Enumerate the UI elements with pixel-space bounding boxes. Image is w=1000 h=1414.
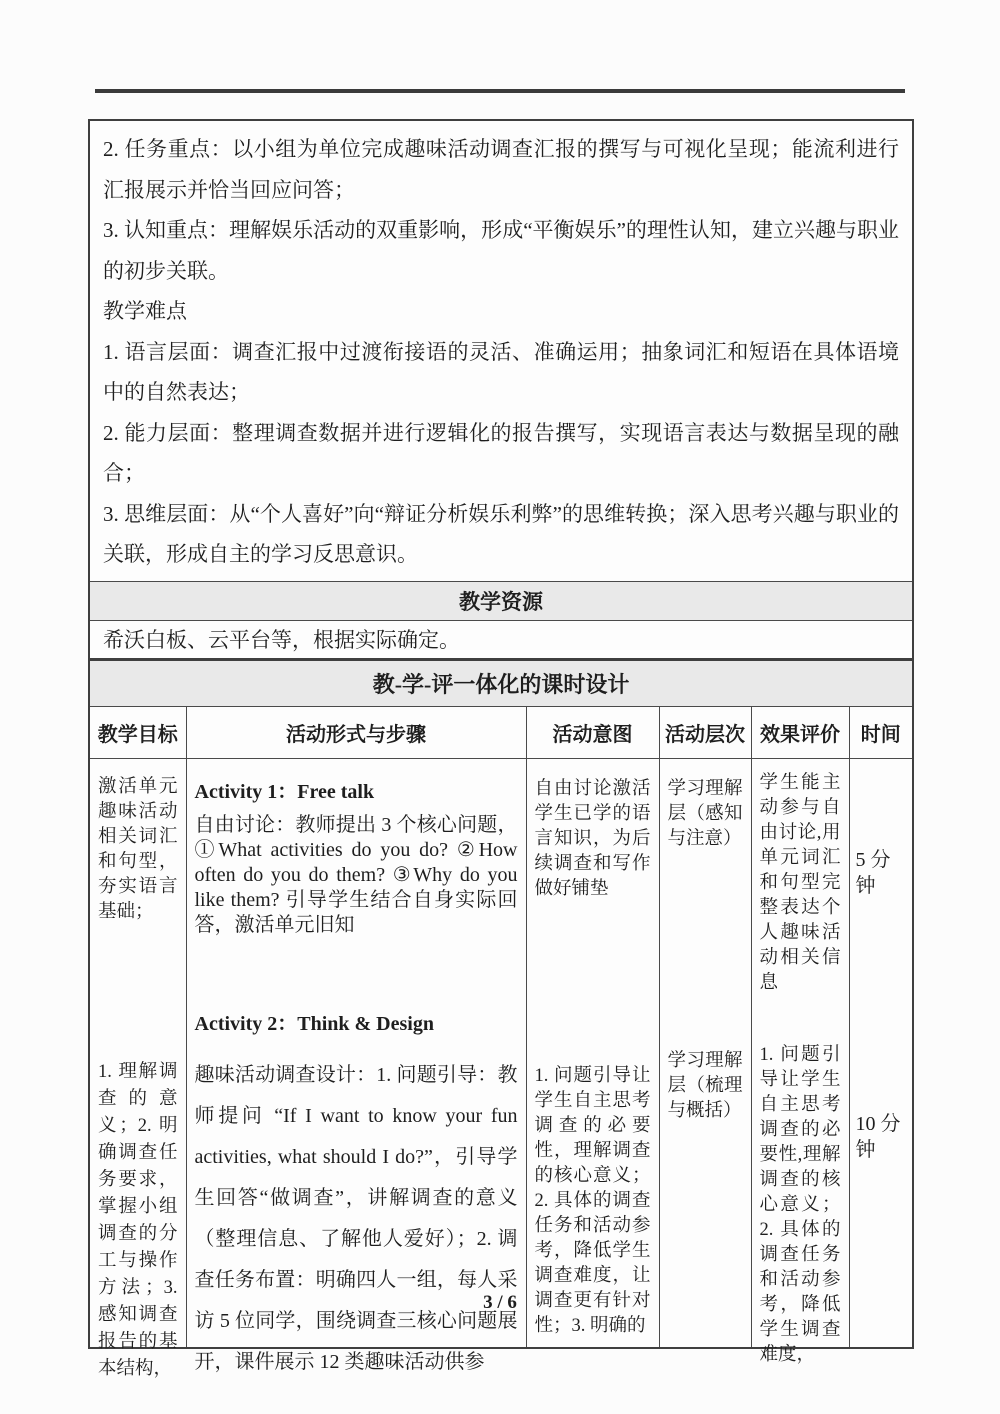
task-point-paragraph: 2. 任务重点：以小组为单位完成趣味活动调查汇报的撰写与可视化呈现；能流利进行汇…: [103, 129, 899, 210]
activity1-time: 5 分钟: [856, 847, 909, 899]
column-header-steps: 活动形式与步骤: [186, 706, 526, 758]
activity2-steps: 趣味活动调查设计：1. 问题引导：教师提问 “If I want to know…: [195, 1055, 518, 1383]
thinking-level-paragraph: 3. 思维层面：从“个人喜好”向“辩证分析娱乐利弊”的思维转换；深入思考兴趣与职…: [103, 494, 899, 575]
activity1-goal: 激活单元趣味活动相关词汇和句型，夯实语言基础；: [98, 775, 178, 925]
time-cell: 5 分钟 10 分钟: [849, 758, 913, 1348]
activity1-intent: 自由讨论激活学生已学的语言知识，为后续调查和写作做好铺垫: [535, 777, 651, 902]
activities-row: 激活单元趣味活动相关词汇和句型，夯实语言基础； 1. 理解调查的意义；2. 明确…: [89, 758, 913, 1348]
activity2-time: 10 分钟: [856, 1111, 909, 1163]
teaching-points-cell: 2. 任务重点：以小组为单位完成趣味活动调查汇报的撰写与可视化呈现；能流利进行汇…: [89, 120, 913, 581]
document-page: 2. 任务重点：以小组为单位完成趣味活动调查汇报的撰写与可视化呈现；能流利进行汇…: [0, 0, 1000, 1414]
intent-cell: 自由讨论激活学生已学的语言知识，为后续调查和写作做好铺垫 1. 问题引导让学生自…: [526, 758, 659, 1348]
steps-cell: Activity 1：Free talk 自由讨论：教师提出 3 个核心问题，①…: [186, 758, 526, 1348]
resources-header-row: 教学资源: [89, 581, 913, 620]
page-number: 3 / 6: [88, 1292, 912, 1314]
cognition-point-paragraph: 3. 认知重点：理解娱乐活动的双重影响，形成“平衡娱乐”的理性认知，建立兴趣与职…: [103, 210, 899, 291]
design-header-row: 教-学-评一体化的课时设计: [89, 659, 913, 706]
activity1-title: Activity 1：Free talk: [195, 775, 518, 804]
activity2-level: 学习理解层（梳理与概括）: [668, 1049, 743, 1124]
resources-header: 教学资源: [89, 581, 913, 620]
column-header-evaluation: 效果评价: [751, 706, 849, 758]
column-header-level: 活动层次: [659, 706, 751, 758]
goal-cell: 激活单元趣味活动相关词汇和句型，夯实语言基础； 1. 理解调查的意义；2. 明确…: [89, 758, 186, 1348]
difficulties-heading: 教学难点: [103, 291, 899, 332]
ability-level-paragraph: 2. 能力层面：整理调查数据并进行逻辑化的报告撰写，实现语言表达与数据呈现的融合…: [103, 413, 899, 494]
level-cell: 学习理解层（感知与注意） 学习理解层（梳理与概括）: [659, 758, 751, 1348]
activity1-evaluation: 学生能主动参与自由讨论,用单元词汇和句型完整表达个人趣味活动相关信息: [760, 771, 841, 996]
design-header: 教-学-评一体化的课时设计: [89, 659, 913, 706]
resources-content: 希沃白板、云平台等，根据实际确定。: [89, 620, 913, 659]
activity2-evaluation: 1. 问题引导让学生自主思考调查的必要性,理解调查的核心意义；2. 具体的调查任…: [760, 1043, 841, 1368]
page-header-rule: [95, 89, 905, 93]
column-header-time: 时间: [849, 706, 913, 758]
activity2-title: Activity 2：Think & Design: [195, 1007, 518, 1036]
evaluation-cell: 学生能主动参与自由讨论,用单元词汇和句型完整表达个人趣味活动相关信息 1. 问题…: [751, 758, 849, 1348]
design-column-header-row: 教学目标 活动形式与步骤 活动意图 活动层次 效果评价 时间: [89, 706, 913, 758]
teaching-points-row: 2. 任务重点：以小组为单位完成趣味活动调查汇报的撰写与可视化呈现；能流利进行汇…: [89, 120, 913, 581]
activity1-steps: 自由讨论：教师提出 3 个核心问题，①What activities do yo…: [195, 813, 518, 938]
activity1-level: 学习理解层（感知与注意）: [668, 777, 743, 852]
column-header-goal: 教学目标: [89, 706, 186, 758]
resources-content-row: 希沃白板、云平台等，根据实际确定。: [89, 620, 913, 659]
column-header-intent: 活动意图: [526, 706, 659, 758]
activity2-goal: 1. 理解调查的意义；2. 明确调查任务要求，掌握小组调查的分工与操作方法；3.…: [98, 1059, 178, 1383]
language-level-paragraph: 1. 语言层面：调查汇报中过渡衔接语的灵活、准确运用；抽象词汇和短语在具体语境中…: [103, 332, 899, 413]
lesson-plan-table: 2. 任务重点：以小组为单位完成趣味活动调查汇报的撰写与可视化呈现；能流利进行汇…: [88, 119, 914, 1349]
